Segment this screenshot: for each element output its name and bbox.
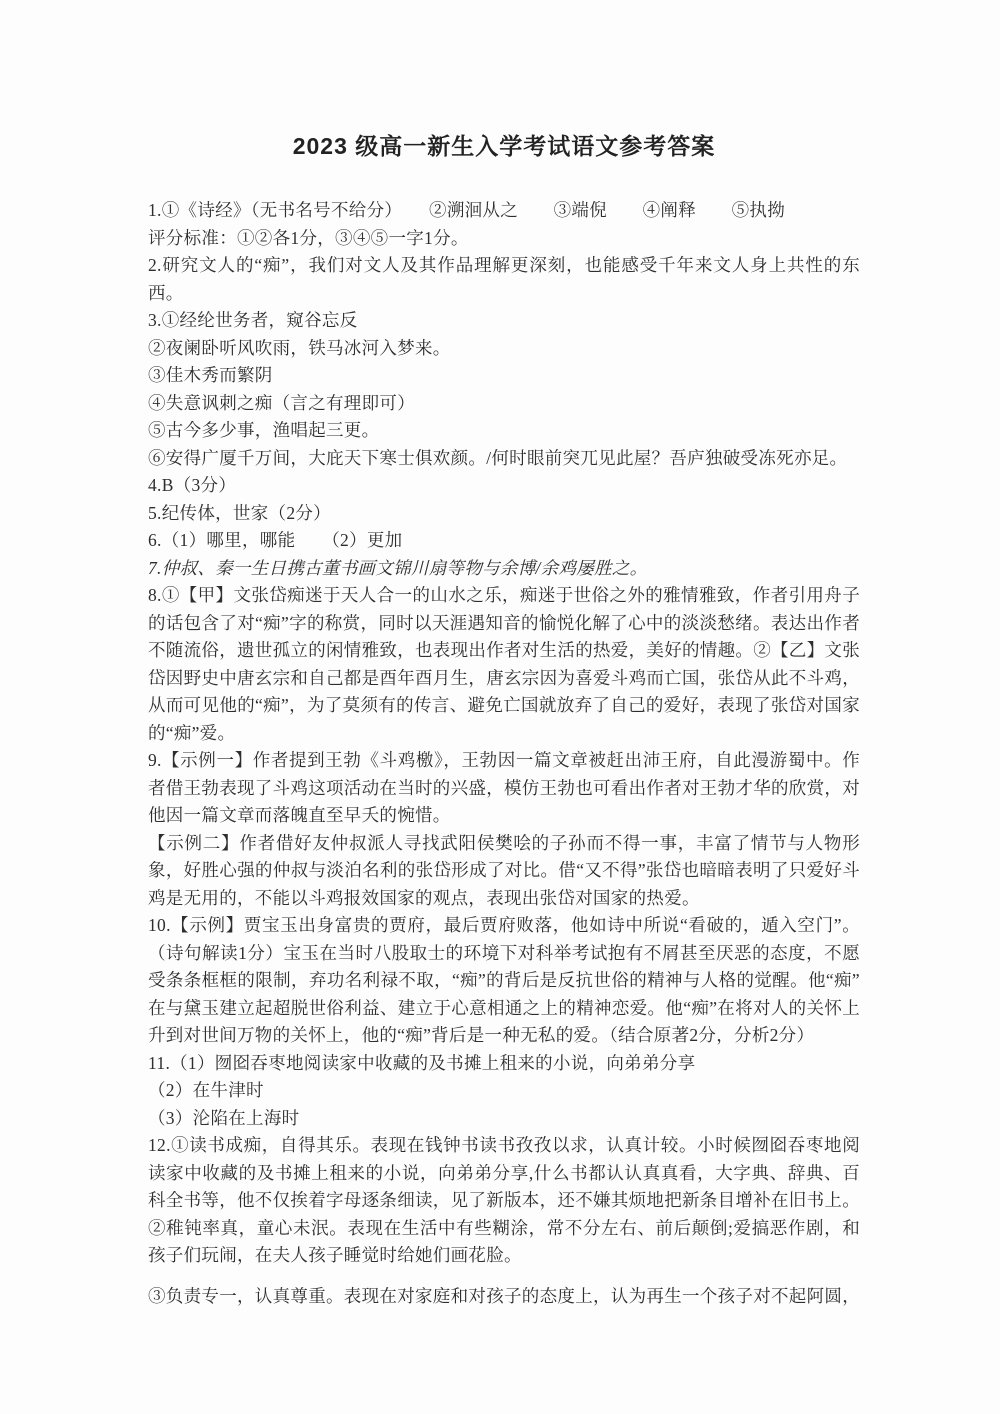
answer-paragraph: 11.（1）囫囵吞枣地阅读家中收藏的及书摊上租来的小说，向弟弟分享 <box>148 1050 860 1078</box>
answer-paragraph: 3.①经纶世务者，窥谷忘反 <box>148 307 860 335</box>
answer-paragraph: ⑤古今多少事，渔唱起三更。 <box>148 417 860 445</box>
scanned-document-page: 2023 级高一新生入学考试语文参考答案 1.①《诗经》（无书名号不给分） ②溯… <box>0 0 1000 1414</box>
answer-paragraph: 9.【示例一】作者提到王勃《斗鸡檄》，王勃因一篇文章被赶出沛王府，自此漫游蜀中。… <box>148 747 860 830</box>
answer-paragraph: ②夜阑卧听风吹雨，铁马冰河入梦来。 <box>148 335 860 363</box>
answer-paragraph: 评分标准：①②各1分，③④⑤一字1分。 <box>148 225 860 253</box>
answer-paragraph: 8.①【甲】文张岱痴迷于天人合一的山水之乐，痴迷于世俗之外的雅情雅致，作者引用舟… <box>148 582 860 747</box>
answer-paragraph: ④失意讽刺之痴（言之有理即可） <box>148 390 860 418</box>
answer-paragraph: ⑥安得广厦千万间，大庇天下寒士俱欢颜。/何时眼前突兀见此屋？吾庐独破受冻死亦足。 <box>148 445 860 473</box>
answer-paragraph: （3）沦陷在上海时 <box>148 1105 860 1133</box>
answer-paragraph: （2）在牛津时 <box>148 1077 860 1105</box>
answer-paragraph: 2.研究文人的“痴”，我们对文人及其作品理解更深刻，也能感受千年来文人身上共性的… <box>148 252 860 307</box>
answer-paragraph: 7.仲叔、秦一生日携古董书画文锦川扇等物与余博/余鸡屡胜之。 <box>148 555 860 583</box>
answer-paragraph: 4.B（3分） <box>148 472 860 500</box>
paragraphs: 1.①《诗经》（无书名号不给分） ②溯洄从之 ③端倪 ④阐释 ⑤执拗评分标准：①… <box>148 197 860 1310</box>
document-content: 2023 级高一新生入学考试语文参考答案 1.①《诗经》（无书名号不给分） ②溯… <box>148 128 860 1310</box>
answer-paragraph: 12.①读书成痴，自得其乐。表现在钱钟书读书孜孜以求，认真计较。小时候囫囵吞枣地… <box>148 1132 860 1270</box>
answer-paragraph: 6.（1）哪里，哪能 （2）更加 <box>148 527 860 555</box>
answer-paragraph: 【示例二】作者借好友仲叔派人寻找武阳侯樊哙的子孙而不得一事，丰富了情节与人物形象… <box>148 830 860 913</box>
answer-paragraph: 5.纪传体，世家（2分） <box>148 500 860 528</box>
answer-paragraph: 1.①《诗经》（无书名号不给分） ②溯洄从之 ③端倪 ④阐释 ⑤执拗 <box>148 197 860 225</box>
page-title: 2023 级高一新生入学考试语文参考答案 <box>148 128 860 161</box>
answer-paragraph: ③佳木秀而繁阴 <box>148 362 860 390</box>
answer-paragraph: ③负责专一，认真尊重。表现在对家庭和对孩子的态度上，认为再生一个孩子对不起阿圆， <box>148 1283 860 1311</box>
answer-paragraph: 10.【示例】贾宝玉出身富贵的贾府，最后贾府败落，他如诗中所说“看破的，遁入空门… <box>148 912 860 1050</box>
